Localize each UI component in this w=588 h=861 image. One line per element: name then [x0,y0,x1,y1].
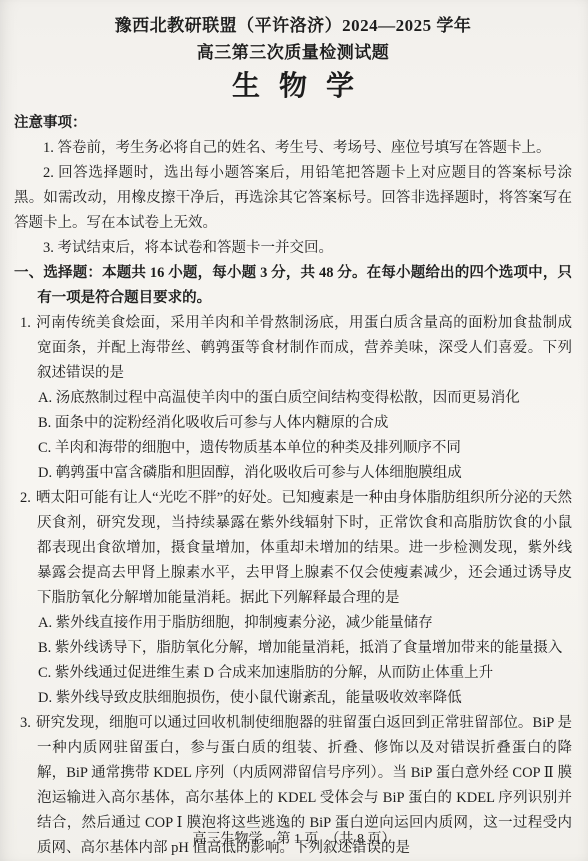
exam-page: 豫西北教研联盟（平许洛济）2024—2025 学年 高三第三次质量检测试题 生 … [0,0,588,861]
exam-name-line: 高三第三次质量检测试题 [14,39,572,66]
section-heading: 一、选择题：本题共 16 小题，每小题 3 分，共 48 分。在每小题给出的四个… [14,261,572,311]
notice-item-3: 3. 考试结束后，将本试卷和答题卡一并交回。 [14,236,572,261]
exam-header: 豫西北教研联盟（平许洛济）2024—2025 学年 高三第三次质量检测试题 生 … [14,12,572,104]
question-2-option-b: B. 紫外线诱导下，脂肪氧化分解，增加能量消耗，抵消了食量增加带来的能量摄入 [14,636,572,661]
question-2-option-c: C. 紫外线通过促进维生素 D 合成来加速脂肪的分解，从而防止体重上升 [14,661,572,686]
question-1-option-c: C. 羊肉和海带的细胞中，遗传物质基本单位的种类及排列顺序不同 [14,436,572,461]
notice-section: 注意事项： 1. 答卷前，考生务必将自己的姓名、考生号、考场号、座位号填写在答题… [14,111,572,261]
notice-item-2: 2. 回答选择题时，选出每小题答案后，用铅笔把答题卡上对应题目的答案标号涂黑。如… [14,161,572,236]
question-2-option-a: A. 紫外线直接作用于脂肪细胞，抑制瘦素分泌，减少能量储存 [14,611,572,636]
question-2-stem: 2.晒太阳可能有让人“光吃不胖”的好处。已知瘦素是一种由身体脂肪组织所分泌的天然… [14,486,572,611]
question-number: 2. [20,490,31,506]
question-stem-text: 河南传统美食烩面，采用羊肉和羊骨熬制汤底，用蛋白质含量高的面粉加食盐制成宽面条，… [36,315,572,381]
question-number: 3. [20,715,31,731]
subject-title: 生 物 学 [14,70,572,104]
notice-item-1: 1. 答卷前，考生务必将自己的姓名、考生号、考场号、座位号填写在答题卡上。 [14,136,572,161]
question-2-option-d: D. 紫外线导致皮肤细胞损伤，使小鼠代谢紊乱，能量吸收效率降低 [14,686,572,711]
question-1: 1.河南传统美食烩面，采用羊肉和羊骨熬制汤底，用蛋白质含量高的面粉加食盐制成宽面… [14,311,572,486]
notice-heading: 注意事项： [14,111,572,136]
page-footer: 高三生物学 第 1 页 （共 8 页） [0,828,588,848]
question-stem-text: 晒太阳可能有让人“光吃不胖”的好处。已知瘦素是一种由身体脂肪组织所分泌的天然厌食… [36,490,572,606]
question-1-option-b: B. 面条中的淀粉经消化吸收后可参与人体内糖原的合成 [14,411,572,436]
question-1-option-a: A. 汤底熬制过程中高温使羊肉中的蛋白质空间结构变得松散，因而更易消化 [14,386,572,411]
question-1-stem: 1.河南传统美食烩面，采用羊肉和羊骨熬制汤底，用蛋白质含量高的面粉加食盐制成宽面… [14,311,572,386]
question-number: 1. [20,315,31,331]
question-1-option-d: D. 鹌鹑蛋中富含磷脂和胆固醇，消化吸收后可参与人体细胞膜组成 [14,461,572,486]
question-2: 2.晒太阳可能有让人“光吃不胖”的好处。已知瘦素是一种由身体脂肪组织所分泌的天然… [14,486,572,711]
exam-league-line: 豫西北教研联盟（平许洛济）2024—2025 学年 [14,12,572,39]
exam-body: 注意事项： 1. 答卷前，考生务必将自己的姓名、考生号、考场号、座位号填写在答题… [14,111,572,861]
